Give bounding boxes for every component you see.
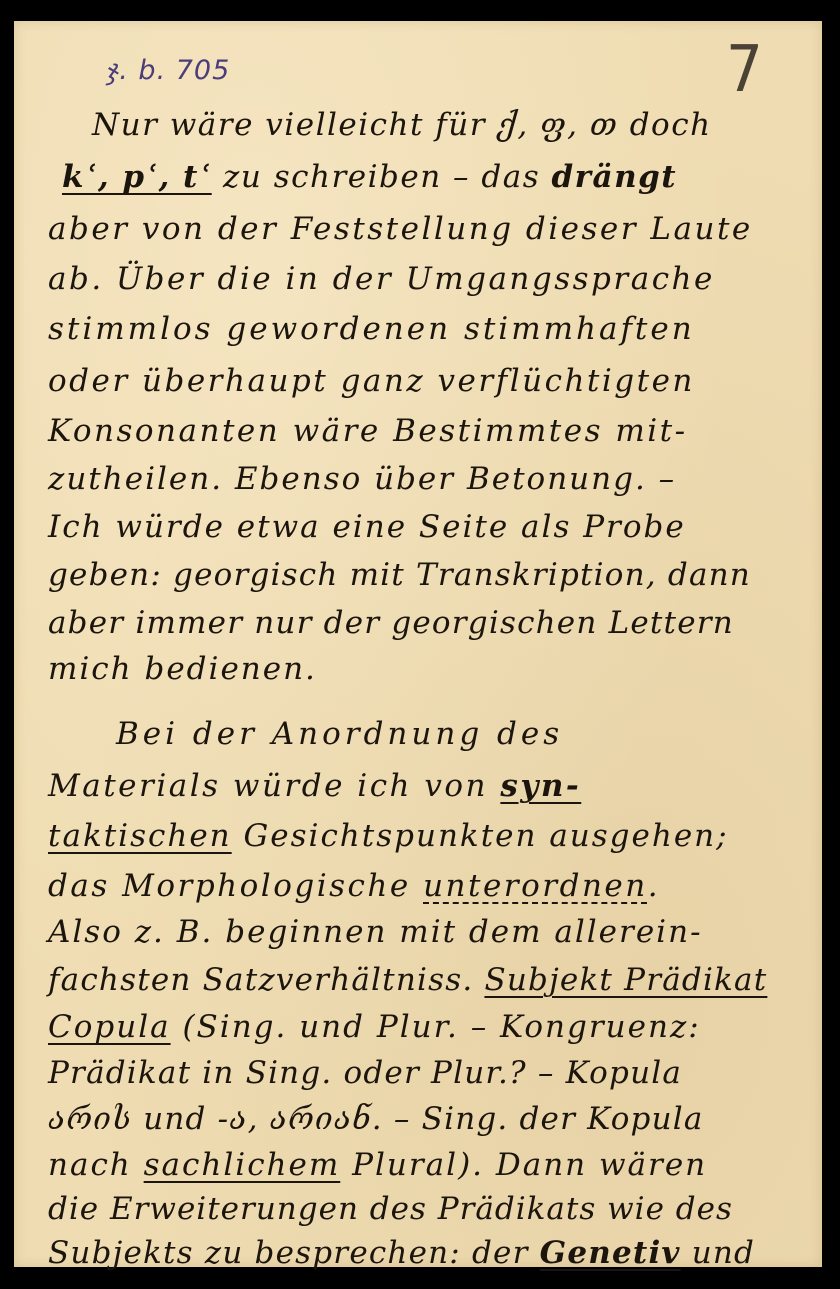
- underlined-term: Subjekt Prädikat: [484, 962, 767, 998]
- line-text: Nur wäre vielleicht für: [92, 107, 497, 143]
- letter-line-22: nach sachlichem Plural). Dann wären: [48, 1147, 707, 1183]
- underlined-term: sachlichem: [144, 1147, 341, 1183]
- underlined-term: Genetiv: [540, 1235, 681, 1271]
- georgian-letters: ქ, ფ, თ: [497, 107, 618, 143]
- line-text: Subjekts zu besprechen: der: [48, 1235, 540, 1271]
- line-text: Plural). Dann wären: [340, 1147, 707, 1183]
- letter-line-10: geben: georgisch mit Transkription, dann: [48, 557, 751, 593]
- letter-line-4: ab. Über die in der Umgangssprache: [48, 261, 715, 297]
- underlined-transcription: kʿ, pʿ, tʿ: [62, 159, 212, 195]
- line-text: (Sing. und Plur. – Kongruenz:: [171, 1009, 701, 1045]
- line-text: Gesichtspunkten ausgehen;: [232, 818, 729, 854]
- line-text: .: [648, 868, 660, 904]
- underlined-term: unterordnen: [423, 868, 648, 904]
- letter-line-24: Subjekts zu besprechen: der Genetiv und: [48, 1235, 755, 1271]
- line-text: Materials würde ich von: [48, 768, 500, 804]
- page-number: 7: [726, 32, 763, 107]
- letter-line-12: mich bedienen.: [48, 651, 317, 687]
- letter-page: ჯ. b. 705 7 Nur wäre vielleicht für ქ, ფ…: [14, 21, 822, 1267]
- letter-line-8: zutheilen. Ebenso über Betonung. –: [48, 461, 676, 497]
- letter-line-23: die Erweiterungen des Prädikats wie des: [48, 1191, 733, 1227]
- underlined-term: syn-: [500, 768, 581, 804]
- line-text: das Morphologische: [48, 868, 423, 904]
- letter-line-17: Also z. B. beginnen mit dem allerein-: [48, 914, 703, 950]
- letter-line-3: aber von der Feststellung dieser Laute: [48, 211, 753, 247]
- line-text: und: [681, 1235, 755, 1271]
- letter-line-7: Konsonanten wäre Bestimmtes mit-: [48, 413, 688, 449]
- letter-line-15: taktischen Gesichtspunkten ausgehen;: [48, 818, 729, 854]
- line-text: nach: [48, 1147, 144, 1183]
- letter-line-20: Prädikat in Sing. oder Plur.? – Kopula: [48, 1055, 682, 1091]
- letter-line-5: stimmlos gewordenen stimmhaften: [48, 311, 695, 347]
- letter-line-11: aber immer nur der georgischen Lettern: [48, 605, 734, 641]
- line-text: fachsten Satzverhältniss.: [48, 962, 484, 998]
- underlined-term: Copula: [48, 1009, 171, 1045]
- letter-line-14: Materials würde ich von syn-: [48, 768, 581, 804]
- letter-line-16: das Morphologische unterordnen.: [48, 868, 660, 904]
- underlined-term: taktischen: [48, 818, 232, 854]
- corrected-word: drängt: [551, 159, 677, 195]
- letter-line-13: Bei der Anordnung des: [116, 716, 563, 752]
- letter-line-6: oder überhaupt ganz verflüchtigten: [48, 363, 695, 399]
- letter-line-2: kʿ, pʿ, tʿ zu schreiben – das drängt: [62, 159, 677, 195]
- letter-line-21: არის und -ა, არიან. – Sing. der Kopula: [48, 1101, 704, 1137]
- line-text: zu schreiben – das: [212, 159, 552, 195]
- archive-shelfmark: ჯ. b. 705: [106, 55, 230, 86]
- line-text: doch: [618, 107, 711, 143]
- letter-line-18: fachsten Satzverhältniss. Subjekt Prädik…: [48, 962, 767, 998]
- letter-line-9: Ich würde etwa eine Seite als Probe: [48, 509, 686, 545]
- letter-line-1: Nur wäre vielleicht für ქ, ფ, თ doch: [92, 107, 712, 143]
- letter-line-19: Copula (Sing. und Plur. – Kongruenz:: [48, 1009, 701, 1045]
